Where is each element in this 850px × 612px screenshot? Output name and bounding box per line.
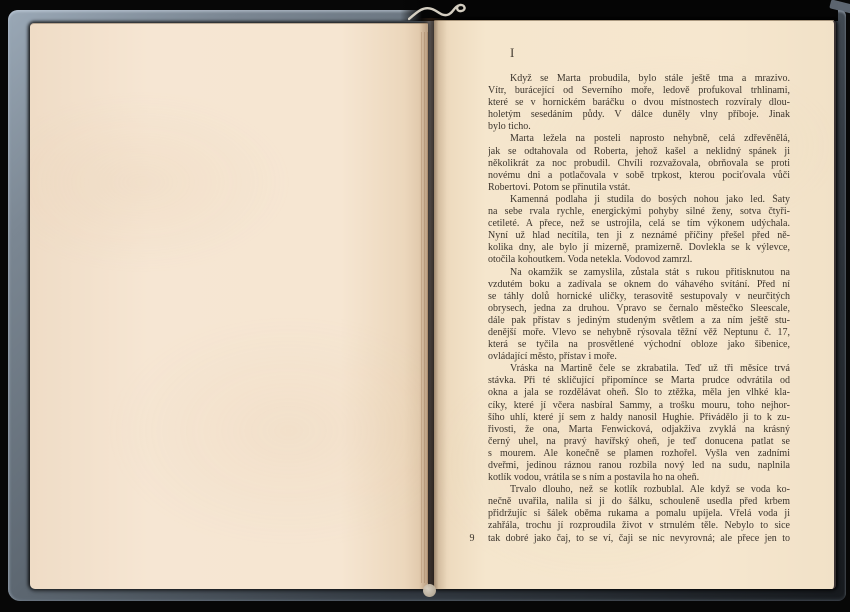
text-line: přidržujíc si šálek oběma rukama a pomal… xyxy=(488,508,790,520)
book-photo: I Když se Marta probudila, bylo stále je… xyxy=(0,0,850,612)
text-line: Vráska na Martině čele se zkrabatila. Te… xyxy=(488,363,790,375)
text-line: Trvalo dlouho, než se kotlík rozbublal. … xyxy=(488,484,790,496)
text-line: stávka. Při té skličující připomínce se … xyxy=(488,375,790,387)
paragraph: Na okamžik se zamyslila, zůstala stát s … xyxy=(488,267,790,364)
paragraph: Marta ležela na posteli naprosto nehybně… xyxy=(488,133,790,193)
paragraph: Když se Marta probudila, bylo stále ješt… xyxy=(488,73,790,133)
text-line: zahřála, trochu jí rozproudila život v s… xyxy=(488,520,790,532)
paragraph: Kamenná podlaha ji studila do bosých noh… xyxy=(488,194,790,267)
text-line: vzdutém boku a zadívala se oknem do váha… xyxy=(488,279,790,291)
text-line: Vítr, burácející od Severního moře, ledo… xyxy=(488,85,790,97)
page-number: 9 xyxy=(465,533,479,545)
text-line: okna a jala se rozdělávat oheň. Šlo to z… xyxy=(488,387,790,399)
text-line: obrysech, jedna za druhou. Vpravo se čer… xyxy=(488,303,790,315)
text-line: cetileté. A přece, než se ustrojila, cel… xyxy=(488,218,790,230)
text-line: Na okamžik se zamyslila, zůstala stát s … xyxy=(488,267,790,279)
text-line: černý uhel, na pravý havířský oheň, je t… xyxy=(488,436,790,448)
text-line: Marta ležela na posteli naprosto nehybně… xyxy=(488,133,790,145)
right-page: I Když se Marta probudila, bylo stále je… xyxy=(434,20,836,589)
text-line: Nyní už hlad necítila, ten ji z neznámé … xyxy=(488,230,790,242)
text-line: řivosti, že ona, Marta Fenwicková, odjak… xyxy=(488,424,790,436)
text-line: se táhly dolů hornické uličky, terasovit… xyxy=(488,291,790,303)
binding-thread-icon xyxy=(408,1,470,25)
paragraph: Trvalo dlouho, než se kotlík rozbublal. … xyxy=(488,484,790,544)
text-line: kolika dny, ale bylo jí mizerně, pramize… xyxy=(488,242,790,254)
text-line: kotlík vodou, vrátila se s ním a postavi… xyxy=(488,472,790,484)
text-line: holetým sesedáním půdy. V dálce duněly v… xyxy=(488,109,790,121)
text-line: otočila kohoutkem. Voda netekla. Vodovod… xyxy=(488,254,790,266)
text-line: cíky, které jí včera nasbíral Sammy, a t… xyxy=(488,400,790,412)
text-line: dveřmi, jedinou ráznou ranou rozbila nov… xyxy=(488,460,790,472)
spine-bottom-highlight xyxy=(423,584,436,597)
text-line: ovládající město, přístav i moře. xyxy=(488,351,790,363)
text-line: denější moře. Vlevo se nehybně rýsovala … xyxy=(488,327,790,339)
text-line: Když se Marta probudila, bylo stále ješt… xyxy=(488,73,790,85)
text-line: které se v hornickém baráčku o dvou míst… xyxy=(488,97,790,109)
text-line: Kamenná podlaha ji studila do bosých noh… xyxy=(488,194,790,206)
paragraph: Vráska na Martině čele se zkrabatila. Te… xyxy=(488,363,790,484)
page-text: Když se Marta probudila, bylo stále ješt… xyxy=(488,73,790,545)
text-line: jak se odtahovala od Roberta, jehož kaše… xyxy=(488,146,790,158)
left-page xyxy=(30,23,428,589)
text-line: novému dni a potlačovala v sobě trpkost,… xyxy=(488,170,790,182)
text-line: s mourem. Ale konečně se plamen rozhořel… xyxy=(488,448,790,460)
text-line: nečně uvařila, nalila si ji do šálku, sc… xyxy=(488,496,790,508)
chapter-heading: I xyxy=(488,45,812,61)
text-line: několikrát za noc probudil. Chvíli rozva… xyxy=(488,158,790,170)
text-line: Robertovi. Potom se přinutila vstát. xyxy=(488,182,790,194)
text-line: šího uhlí, které jí sem z haldy nanosil … xyxy=(488,412,790,424)
text-line: dále pak přístav s jediným studeným svět… xyxy=(488,315,790,327)
text-line: bylo ticho. xyxy=(488,121,790,133)
text-line: která se tyčila na prosvětlené východní … xyxy=(488,339,790,351)
text-line: na sebe rvala rychle, energickými pohyby… xyxy=(488,206,790,218)
text-line: tak dobré jako čaj, to se ví, čaji se ni… xyxy=(488,533,790,545)
